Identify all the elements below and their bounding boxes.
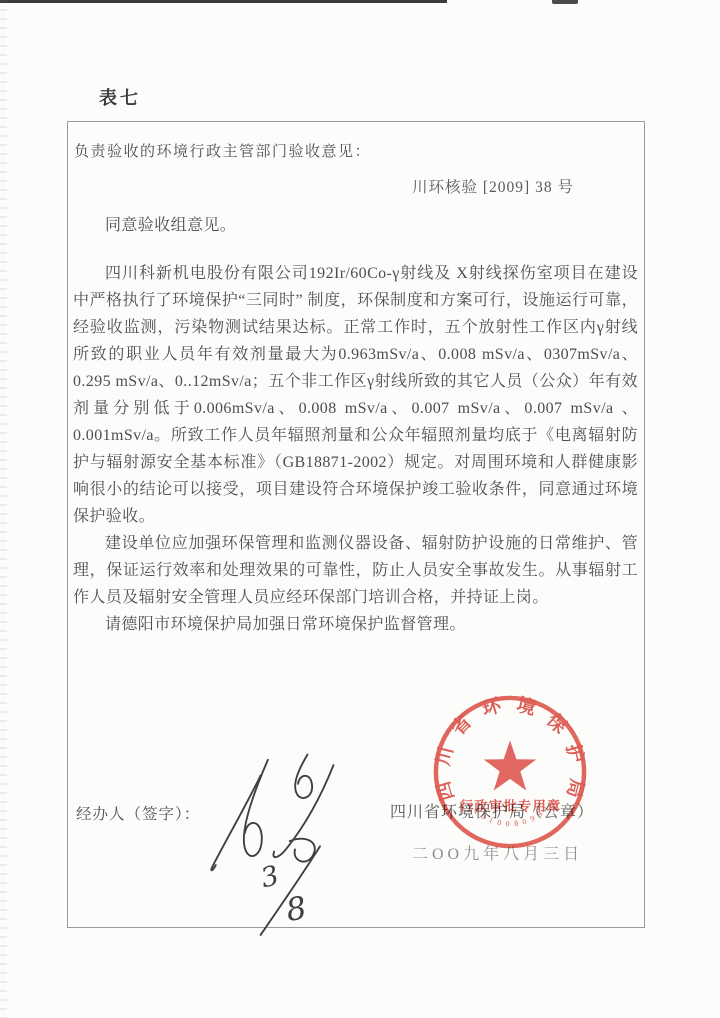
acceptance-opinion-box: 负责验收的环境行政主管部门验收意见： 川环核验 [2009] 38 号 同意验收… xyxy=(67,121,645,928)
signature-stroke xyxy=(244,760,268,856)
opinion-text: 同意验收组意见。 四川科新机电股份有限公司192Ir/60Co-γ射线及 X射线… xyxy=(73,212,638,638)
table-label: 表七 xyxy=(99,84,141,110)
agree-line: 同意验收组意见。 xyxy=(73,212,638,239)
opinion-paragraph-2: 建设单位应加强环保管理和监测仪器设备、辐射防护设施的日常维护、管理，保证运行效率… xyxy=(73,530,638,611)
signature-stroke xyxy=(273,765,333,857)
scan-artifact-top-line xyxy=(0,0,447,3)
document-number: 川环核验 [2009] 38 号 xyxy=(412,175,574,197)
official-seal: 四川省环境保护局 行政审批专用章 5101008099136 xyxy=(431,693,589,851)
section-label: 负责验收的环境行政主管部门验收意见： xyxy=(74,140,371,161)
handwritten-signature: 3 8 xyxy=(186,739,356,937)
scanned-page: 表七 负责验收的环境行政主管部门验收意见： 川环核验 [2009] 38 号 同… xyxy=(0,0,720,1018)
signature-date-digit: 3 xyxy=(258,860,282,894)
opinion-paragraph-3: 请德阳市环境保护局加强日常环境保护监督管理。 xyxy=(73,611,638,638)
signature-stroke xyxy=(290,839,315,862)
handler-signature-label: 经办人（签字）： xyxy=(76,802,200,824)
opinion-paragraph-1: 四川科新机电股份有限公司192Ir/60Co-γ射线及 X射线探伤室项目在建设中… xyxy=(73,260,638,530)
signature-stroke xyxy=(295,755,312,798)
signature-date-digit: 8 xyxy=(283,890,309,929)
scan-artifact-top-mark xyxy=(552,0,578,4)
scan-edge-noise xyxy=(0,0,7,1018)
seal-star-icon xyxy=(484,740,537,790)
